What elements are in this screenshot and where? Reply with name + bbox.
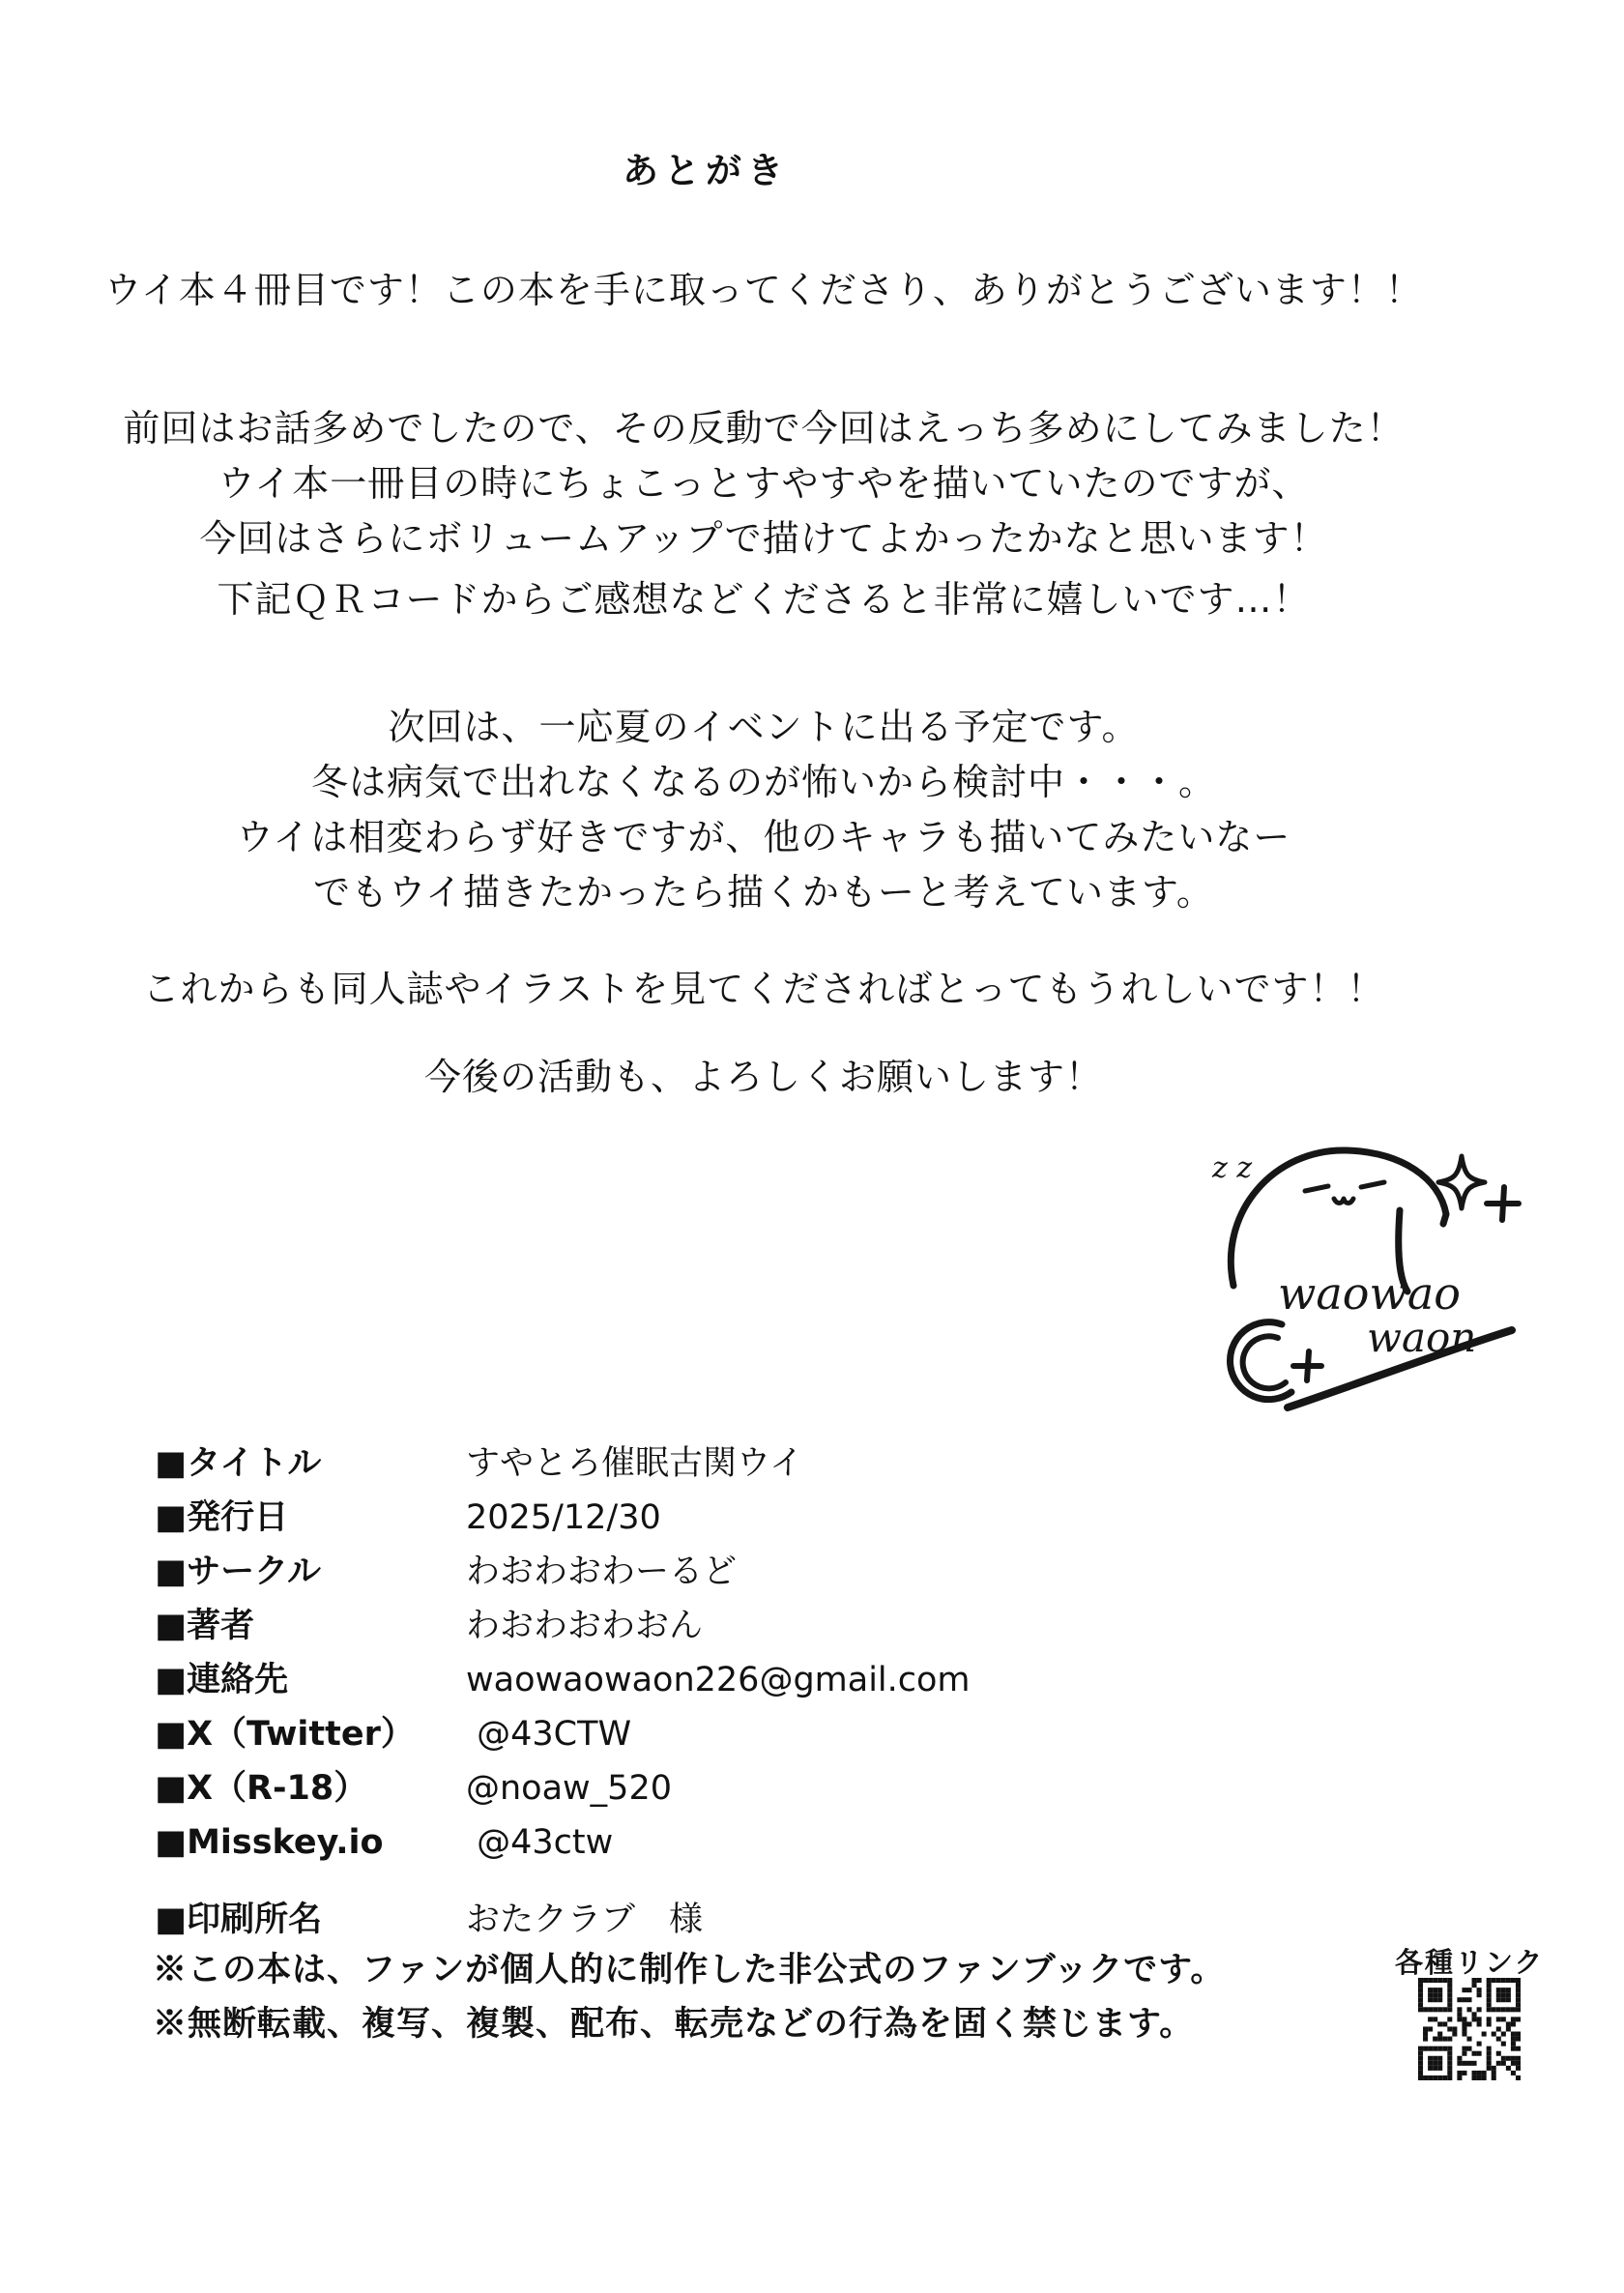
signature-doodle: z z waowao waon <box>1197 1123 1533 1421</box>
credit-value: 2025/12/30 <box>466 1491 661 1545</box>
afterword-paragraph-5: これからも同人誌やイラストを見てくださればとってもうれしいです！！ <box>48 962 1479 1017</box>
credit-value-x-r18: @noaw_520 <box>466 1761 672 1815</box>
afterword-paragraph-2: 前回はお話多めでしたので、その反動で今回はえっち多めにしてみました！ ウイ本一冊… <box>48 401 1479 566</box>
disclaimer-line: ※無断転載、複写、複製、配布、転売などの行為を固く禁じます。 <box>153 1997 1225 2051</box>
credit-label: ■X（R-18） <box>155 1761 466 1815</box>
credit-row-misskey: ■Misskey.io @43ctw <box>155 1815 971 1870</box>
credit-label: ■サークル <box>155 1545 466 1599</box>
credit-row-contact: ■連絡先 waowaowaon226@gmail.com <box>155 1653 971 1707</box>
credit-label: ■印刷所名 <box>155 1893 466 1947</box>
afterword-line: ウイ本４冊目です！この本を手に取ってくださり、ありがとうございます！！ <box>48 263 1479 318</box>
credit-label: ■タイトル <box>155 1437 466 1491</box>
credit-value: わおわおわーるど <box>466 1545 737 1599</box>
credit-value-twitter: @43CTW <box>466 1707 631 1761</box>
afterword-paragraph-6: 今後の活動も、よろしくお願いします！ <box>48 1050 1479 1105</box>
disclaimer-line: ※この本は、ファンが個人的に制作した非公式のファンブックです。 <box>153 1943 1225 1997</box>
credit-row-printer: ■印刷所名 おたクラブ 様 <box>155 1893 703 1947</box>
credit-value: わおわおわおん <box>466 1599 703 1653</box>
credit-value-email: waowaowaon226@gmail.com <box>466 1653 971 1707</box>
qr-code <box>1418 1978 1521 2080</box>
qr-code-container <box>1418 1978 1521 2080</box>
colophon: ■タイトル すやとろ催眠古関ウイ ■発行日 2025/12/30 ■サークル わ… <box>155 1437 971 1870</box>
disclaimer: ※この本は、ファンが個人的に制作した非公式のファンブックです。 ※無断転載、複写… <box>153 1943 1225 2051</box>
afterword-paragraph-4: 次回は、一応夏のイベントに出る予定です。 冬は病気で出れなくなるのが怖いから検討… <box>48 700 1479 920</box>
afterword-line: ウイ本一冊目の時にちょこっとすやすやを描いていたのですが、 <box>48 456 1479 511</box>
afterword-line: ウイは相変わらず好きですが、他のキャラも描いてみたいなー <box>48 810 1479 865</box>
afterword-line: 今回はさらにボリュームアップで描けてよかったかなと思います！ <box>48 511 1479 566</box>
afterword-line: 次回は、一応夏のイベントに出る予定です。 <box>48 700 1479 755</box>
credit-row-title: ■タイトル すやとろ催眠古関ウイ <box>155 1437 971 1491</box>
credit-label: ■X（Twitter） <box>155 1707 466 1761</box>
afterword-line: 下記ＱＲコードからご感想などくださると非常に嬉しいです…！ <box>48 572 1479 627</box>
page-title: あとがき <box>0 141 1411 193</box>
credit-label: ■連絡先 <box>155 1653 466 1707</box>
afterword-line: 冬は病気で出れなくなるのが怖いから検討中・・・。 <box>48 755 1479 810</box>
credit-value-misskey: @43ctw <box>466 1815 613 1870</box>
afterword-line: これからも同人誌やイラストを見てくださればとってもうれしいです！！ <box>48 962 1479 1017</box>
credit-label: ■発行日 <box>155 1491 466 1545</box>
credit-row-x-r18: ■X（R-18） @noaw_520 <box>155 1761 971 1815</box>
signature-name-line2: waon <box>1367 1314 1476 1361</box>
credit-row-date: ■発行日 2025/12/30 <box>155 1491 971 1545</box>
afterword-line: でもウイ描きたかったら描くかもーと考えています。 <box>48 865 1479 920</box>
credit-row-author: ■著者 わおわおわおん <box>155 1599 971 1653</box>
afterword-line: 今後の活動も、よろしくお願いします！ <box>48 1050 1479 1105</box>
afterword-page: { "page": { "title": "あとがき" }, "afterwor… <box>0 0 1624 2293</box>
afterword-line: 前回はお話多めでしたので、その反動で今回はえっち多めにしてみました！ <box>48 401 1479 456</box>
afterword-paragraph-1: ウイ本４冊目です！この本を手に取ってくださり、ありがとうございます！！ <box>48 263 1479 318</box>
credit-row-twitter: ■X（Twitter） @43CTW <box>155 1707 971 1761</box>
signature-zz: z z <box>1211 1151 1252 1185</box>
credit-value: すやとろ催眠古関ウイ <box>466 1437 803 1491</box>
qr-links-label: 各種リンク <box>1395 1941 1544 1981</box>
credit-row-circle: ■サークル わおわおわーるど <box>155 1545 971 1599</box>
credit-label: ■Misskey.io <box>155 1815 466 1870</box>
signature-name-line1: waowao <box>1278 1267 1461 1320</box>
afterword-paragraph-3: 下記ＱＲコードからご感想などくださると非常に嬉しいです…！ <box>48 572 1479 627</box>
credit-value-printer: おたクラブ 様 <box>466 1893 703 1947</box>
credit-label: ■著者 <box>155 1599 466 1653</box>
